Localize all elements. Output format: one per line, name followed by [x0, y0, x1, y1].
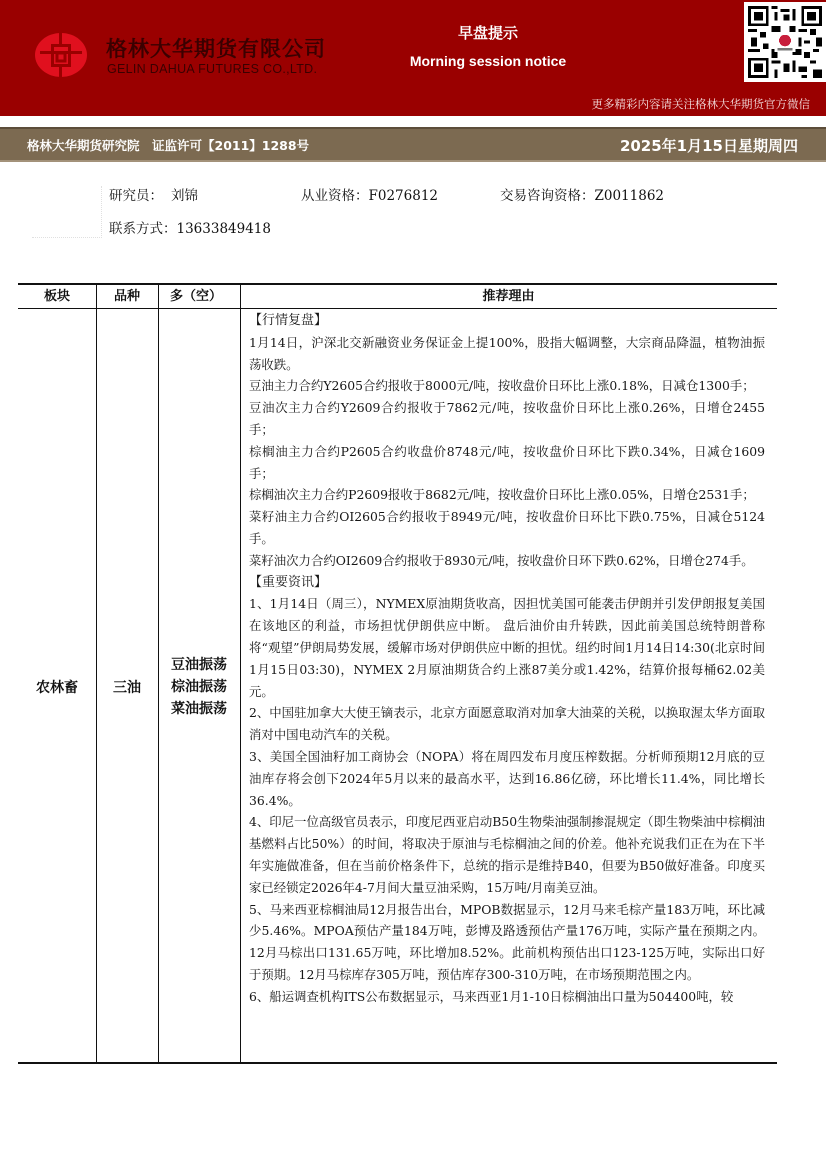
company-name-cn: 格林大华期货有限公司	[106, 33, 326, 63]
follow-wechat-text: 更多精彩内容请关注格林大华期货官方微信	[592, 96, 811, 112]
notice-title-cn: 早盘提示	[440, 22, 536, 43]
direction-soybean-oil: 豆油振荡	[158, 654, 240, 676]
news-paragraph: 3、美国全国油籽加工商协会（NOPA）将在周四发布月度压榨数据。分析师预期12月…	[249, 746, 765, 811]
cell-direction: 豆油振荡 棕油振荡 菜油振荡	[158, 654, 240, 720]
researcher-value: 刘锦	[171, 188, 198, 204]
cell-variety: 三油	[96, 677, 158, 699]
practice-license-label: 从业资格：	[301, 188, 369, 204]
contact-info: 联系方式：13633849418	[109, 217, 271, 237]
contact-label: 联系方式：	[109, 221, 177, 237]
advisory-license-value: Z0011862	[595, 188, 665, 204]
header-variety: 品种	[96, 287, 158, 307]
market-review-paragraph: 菜籽油主力合约OI2605合约报收于8949元/吨，按收盘价日环比下跌0.75%…	[249, 506, 765, 550]
news-paragraph: 5、马来西亚棕榈油局12月报告出台，MPOB数据显示，12月马来毛棕产量183万…	[249, 899, 765, 986]
column-divider	[96, 285, 97, 1064]
market-review-paragraph: 1月14日，沪深北交新融资业务保证金上提100%，股指大幅调整，大宗商品降温，植…	[249, 332, 765, 376]
contact-value: 13633849418	[177, 221, 271, 237]
market-review-paragraph: 棕榈油次主力合约P2609报收于8682元/吨，按收盘价日环比上涨0.05%，日…	[249, 484, 765, 506]
company-name-en: GELIN DAHUA FUTURES CO.,LTD.	[107, 62, 317, 76]
market-review-paragraph: 豆油主力合约Y2605合约报收于8000元/吨，按收盘价日环比上涨0.18%，日…	[249, 375, 765, 397]
advisory-license-label: 交易咨询资格：	[500, 188, 595, 204]
recommendation-table: 板块 品种 多（空） 推荐理由 农林畜 三油 豆油振荡 棕油振荡 菜油振荡 【行…	[18, 283, 777, 1064]
cell-reason: 【行情复盘】 1月14日，沪深北交新融资业务保证金上提100%，股指大幅调整，大…	[240, 310, 765, 1008]
wechat-qr-code-icon	[744, 2, 826, 82]
news-paragraph: 4、印尼一位高级官员表示，印度尼西亚启动B50生物柴油强制掺混规定（即生物柴油中…	[249, 811, 765, 898]
market-review-paragraph: 豆油次主力合约Y2609合约报收于7862元/吨，按收盘价日环比上涨0.26%，…	[249, 397, 765, 441]
photo-placeholder	[32, 186, 102, 238]
cell-sector: 农林畜	[18, 677, 96, 699]
practice-license: 从业资格：F0276812	[301, 184, 438, 204]
header-banner: 格林大华期货有限公司 GELIN DAHUA FUTURES CO.,LTD. …	[0, 0, 826, 116]
news-heading: 【重要资讯】	[249, 572, 765, 594]
header-reason: 推荐理由	[240, 287, 777, 307]
researcher-label: 研究员：	[109, 188, 163, 204]
direction-palm-oil: 棕油振荡	[158, 676, 240, 698]
notice-title-en: Morning session notice	[405, 53, 571, 69]
market-review-heading: 【行情复盘】	[249, 310, 765, 332]
institute-bar: 格林大华期货研究院 证监许可【2011】1288号 2025年1月15日星期周四	[0, 127, 826, 162]
news-paragraph: 6、船运调查机构ITS公布数据显示，马来西亚1月1-10日棕榈油出口量为5044…	[249, 986, 765, 1008]
market-review-paragraph: 棕榈油主力合约P2605合约收盘价8748元/吨，按收盘价日环比下跌0.34%，…	[249, 441, 765, 485]
researcher-name: 研究员：刘锦	[109, 184, 198, 204]
company-logo-icon	[33, 31, 89, 79]
direction-rapeseed-oil: 菜油振荡	[158, 698, 240, 720]
advisory-license: 交易咨询资格：Z0011862	[500, 184, 664, 204]
practice-license-value: F0276812	[369, 188, 439, 204]
header-direction: 多（空）	[158, 287, 240, 307]
market-review-paragraph: 菜籽油次力合约OI2609合约报收于8930元/吨，按收盘价日环下跌0.62%，…	[249, 550, 765, 572]
institute-license-text: 格林大华期货研究院 证监许可【2011】1288号	[27, 136, 309, 154]
news-paragraph: 1、1月14日（周三），NYMEX原油期货收高，因担忧美国可能袭击伊朗并引发伊朗…	[249, 593, 765, 702]
report-date: 2025年1月15日星期周四	[620, 135, 798, 156]
news-paragraph: 2、中国驻加拿大大使王镝表示，北京方面愿意取消对加拿大油菜的关税，以换取渥太华方…	[249, 702, 765, 746]
header-sector: 板块	[18, 287, 96, 307]
